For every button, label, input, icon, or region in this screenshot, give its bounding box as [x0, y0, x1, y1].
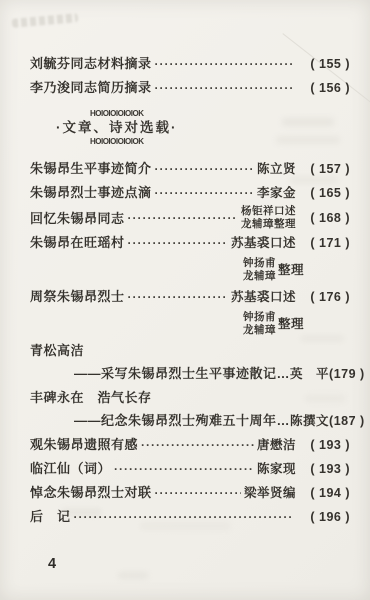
toc-entry-page: ( 168 ) — [296, 207, 350, 230]
toc-row: 李乃浚同志简历摘录·······························… — [30, 76, 350, 100]
toc-row: 观朱锡昂遗照有感································… — [30, 433, 350, 457]
compiler-names: 钟扬甫龙辅璋 — [243, 311, 276, 337]
toc-list: 刘毓芬同志材料摘录·······························… — [30, 52, 350, 529]
toc-row: 后 记·····································… — [30, 505, 350, 529]
toc-row: 青松高洁 — [30, 339, 350, 362]
toc-row: 临江仙（词）··································… — [30, 457, 350, 481]
dot-leader: ········································… — [155, 482, 241, 505]
toc-entry-title: 朱锡昂烈士事迹点滴 — [30, 181, 152, 204]
toc-entry-page: ( 157 ) — [296, 158, 350, 181]
compiler-name: 龙辅璋 — [243, 270, 276, 283]
dot-leader: ········································… — [74, 506, 293, 529]
toc-row: 周祭朱锡昂烈士·································… — [30, 285, 350, 309]
toc-row: 刘毓芬同志材料摘录·······························… — [30, 52, 350, 76]
narrator-line: 龙辅璋整理 — [241, 218, 296, 231]
compiler-name: 龙辅璋 — [243, 324, 276, 337]
section-title: ·文章、诗对选载· — [56, 119, 178, 137]
toc-entry-title: 周祭朱锡昂烈士 — [30, 285, 125, 308]
toc-entry-author: 英 平 — [290, 363, 329, 386]
toc-entry-page: ( 196 ) — [296, 506, 350, 529]
toc-entry-page: ( 155 ) — [296, 53, 350, 76]
toc-entry-author: 陈撰文 — [290, 410, 329, 433]
page-number: 4 — [48, 556, 56, 572]
dot-leader: ········································… — [155, 53, 293, 76]
toc-entry-author: 陈立贤 — [257, 158, 296, 181]
toc-entry-page: (179 ) — [329, 363, 365, 386]
toc-entry-title: 朱锡昂在旺瑶村 — [30, 231, 125, 254]
toc-row: 朱锡昂生平事迹简介·······························… — [30, 157, 350, 181]
toc-entry-page: ( 165 ) — [296, 182, 350, 205]
toc-entry-title: 观朱锡昂遗照有感 — [30, 433, 138, 456]
toc-row: ——采写朱锡昂烈士生平事迹散记…英 平(179 ) — [30, 362, 350, 386]
toc-entry-author: 梁举贤编 — [244, 482, 296, 505]
dot-leader: ········································… — [128, 232, 228, 255]
dot-leader: ········································… — [128, 286, 228, 309]
compiler-role: 整理 — [278, 317, 304, 332]
compiler-names: 钟扬甫龙辅璋 — [243, 257, 276, 283]
divider-ornament-bottom: HOIOIOIOIOIOK — [56, 137, 178, 147]
toc-subtitle: ——纪念朱锡昂烈士殉难五十周年 — [74, 409, 277, 432]
toc-entry-title: 悼念朱锡昂烈士对联 — [30, 481, 152, 504]
toc-entry-title: 回忆朱锡昂同志 — [30, 207, 125, 230]
toc-row: 回忆朱锡昂同志·································… — [30, 205, 350, 231]
toc-entry-title: 后 记 — [30, 505, 71, 528]
scanned-page: 刘毓芬同志材料摘录·······························… — [0, 0, 370, 600]
toc-entry-author: 苏基裘口述 — [231, 232, 296, 255]
toc-subtitle: ——采写朱锡昂烈士生平事迹散记 — [74, 362, 277, 385]
toc-entry-page: ( 171 ) — [296, 232, 350, 255]
toc-section-divider: HOIOIOIOIOIOK·文章、诗对选载·HOIOIOIOIOIOK — [56, 109, 178, 147]
toc-entry-page: ( 193 ) — [296, 458, 350, 481]
toc-entry-page: ( 156 ) — [296, 77, 350, 100]
dot-leader: ········································… — [155, 77, 293, 100]
dot-leader: ········································… — [114, 458, 254, 481]
toc-entry-author: 苏基裘口述 — [231, 286, 296, 309]
dot-leader: ········································… — [141, 434, 254, 457]
toc-entry-title: 丰碑永在 浩气长存 — [30, 386, 152, 409]
scan-artifact-bleedthrough — [118, 572, 148, 579]
short-dot-leader: … — [277, 362, 291, 385]
toc-row: 悼念朱锡昂烈士对联·······························… — [30, 481, 350, 505]
compiler-role: 整理 — [278, 263, 304, 278]
narrator-line: 杨钜祥口述 — [241, 205, 296, 218]
divider-ornament-top: HOIOIOIOIOIOK — [56, 109, 178, 119]
narrator-stack: 杨钜祥口述龙辅璋整理 — [241, 205, 296, 231]
toc-entry-page: ( 176 ) — [296, 286, 350, 309]
toc-entry-title: 青松高洁 — [30, 339, 84, 362]
toc-entry-title: 李乃浚同志简历摘录 — [30, 76, 152, 99]
short-dot-leader: … — [277, 409, 291, 432]
toc-entry-page: (187 ) — [329, 410, 365, 433]
toc-row: 朱锡昂在旺瑶村·································… — [30, 231, 350, 255]
toc-entry-title: 朱锡昂生平事迹简介 — [30, 157, 152, 180]
toc-row: 朱锡昂烈士事迹点滴·······························… — [30, 181, 350, 205]
toc-entry-author: 李家金 — [257, 182, 296, 205]
toc-entry-author: 唐懋洁 — [257, 434, 296, 457]
toc-entry-author: 陈家现 — [257, 458, 296, 481]
toc-entry-page: ( 193 ) — [296, 434, 350, 457]
scan-artifact-handwriting — [12, 13, 79, 28]
toc-row: 丰碑永在 浩气长存 — [30, 386, 350, 409]
toc-entry-page: ( 194 ) — [296, 482, 350, 505]
dot-leader: ········································… — [128, 207, 238, 230]
toc-row: 钟扬甫龙辅璋整理 — [30, 255, 304, 285]
toc-entry-title: 临江仙（词） — [30, 457, 111, 480]
toc-row: 钟扬甫龙辅璋整理 — [30, 309, 304, 339]
dot-leader: ········································… — [155, 158, 254, 181]
compiler-name: 钟扬甫 — [243, 311, 276, 324]
toc-entry-title: 刘毓芬同志材料摘录 — [30, 52, 152, 75]
compiler-name: 钟扬甫 — [243, 257, 276, 270]
toc-row: ——纪念朱锡昂烈士殉难五十周年…陈撰文(187 ) — [30, 409, 350, 433]
dot-leader: ········································… — [155, 182, 254, 205]
